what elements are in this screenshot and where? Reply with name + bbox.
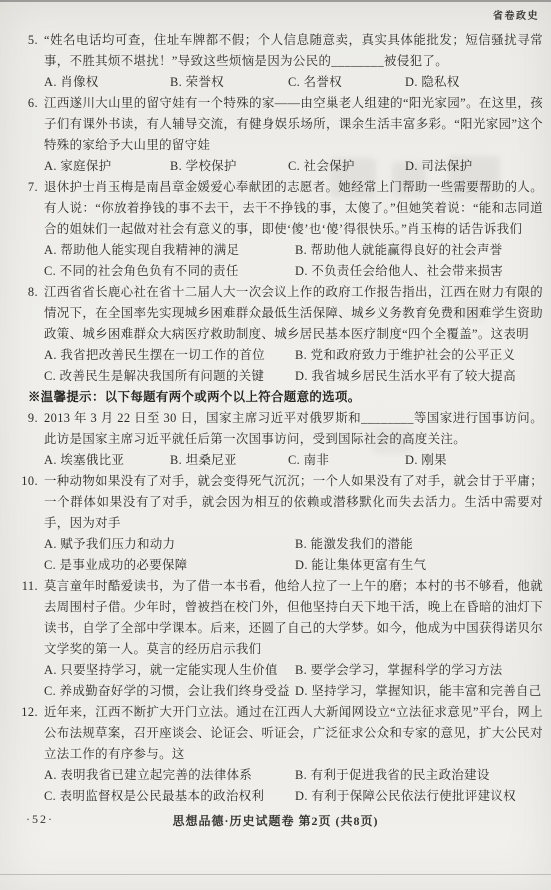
question-number: 10.: [0, 471, 38, 492]
option-11-A: A. 只要坚持学习，就一定能实现人生价值: [44, 660, 295, 681]
question-stem: “姓名电话均可查，住址车牌都不假；个人信息随意卖，真实具体能批发；短信骚扰寻常事…: [44, 30, 543, 72]
question-number: 8.: [0, 282, 38, 303]
question-options: A. 埃塞俄比亚B. 坦桑尼亚C. 南非D. 刚果: [44, 450, 543, 471]
question-11: 11.莫言童年时酷爱读书，为了借一本书看，他给人拉了一上午的磨；本村的书不够看，…: [0, 576, 551, 702]
option-9-B: B. 坦桑尼亚: [170, 450, 288, 471]
option-8-C: C. 改善民生是解决我国所有问题的关键: [44, 366, 295, 387]
option-10-A: A. 赋予我们压力和动力: [44, 534, 295, 555]
page-footer: ·52· 思想品德·历史试题卷 第2页 (共8页): [0, 812, 551, 829]
option-9-A: A. 埃塞俄比亚: [44, 450, 170, 471]
option-6-D: D. 司法保护: [405, 156, 543, 177]
scan-bottom-edge: [0, 874, 551, 875]
footer-page-number: ·52·: [26, 812, 54, 827]
question-number: 12.: [0, 702, 38, 723]
option-7-C: C. 不同的社会角色负有不同的责任: [44, 261, 295, 282]
hint-notice: ※温馨提示：以下每题有两个或两个以上符合题意的选项。: [0, 387, 551, 408]
option-6-A: A. 家庭保护: [44, 156, 170, 177]
question-stem: 近年来，江西不断扩大开门立法。通过在江西人大新闻网设立“立法征求意见”平台，网上…: [44, 702, 543, 765]
question-5: 5.“姓名电话均可查，住址车牌都不假；个人信息随意卖，真实具体能批发；短信骚扰寻…: [0, 30, 551, 93]
footer-title: 思想品德·历史试题卷 第2页 (共8页): [0, 812, 551, 829]
option-11-C: C. 养成勤奋好学的习惯，会让我们终身受益: [44, 681, 295, 702]
option-5-D: D. 隐私权: [405, 72, 543, 93]
option-12-B: B. 有利于促进我省的民主政治建设: [295, 765, 543, 786]
option-8-D: D. 我省城乡居民生活水平有了较大提高: [295, 366, 543, 387]
option-12-D: D. 有利于保障公民依法行使批评建议权: [295, 786, 543, 807]
questions: 5.“姓名电话均可查，住址车牌都不假；个人信息随意卖，真实具体能批发；短信骚扰寻…: [0, 30, 551, 807]
option-6-B: B. 学校保护: [170, 156, 288, 177]
option-7-D: D. 不负责任会给他人、社会带来损害: [295, 261, 543, 282]
option-8-A: A. 我省把改善民生摆在一切工作的首位: [44, 345, 295, 366]
question-number: 6.: [0, 93, 38, 114]
question-stem: 2013 年 3 月 22 日至 30 日，国家主席习近平对俄罗斯和______…: [44, 408, 543, 450]
option-5-B: B. 荣誉权: [170, 72, 288, 93]
question-stem: 江西遂川大山里的留守娃有一个特殊的家——由空巢老人组建的“阳光家园”。在这里，孩…: [44, 93, 543, 156]
option-10-B: B. 能激发我们的潜能: [295, 534, 543, 555]
option-5-A: A. 肖像权: [44, 72, 170, 93]
option-7-B: B. 帮助他人就能赢得良好的社会声誉: [295, 240, 543, 261]
option-9-D: D. 刚果: [405, 450, 543, 471]
scan-top-edge: [0, 0, 551, 2]
question-options: A. 我省把改善民生摆在一切工作的首位B. 党和政府致力于维护社会的公平正义C.…: [44, 345, 543, 387]
option-11-D: D. 坚持学习，掌握知识，能丰富和完善自己: [295, 681, 543, 702]
question-12: 12.近年来，江西不断扩大开门立法。通过在江西人大新闻网设立“立法征求意见”平台…: [0, 702, 551, 807]
option-11-B: B. 要学会学习，掌握科学的学习方法: [295, 660, 543, 681]
question-9: 9.2013 年 3 月 22 日至 30 日，国家主席习近平对俄罗斯和____…: [0, 408, 551, 471]
question-number: 11.: [0, 576, 38, 597]
question-options: A. 帮助他人能实现自我精神的满足B. 帮助他人就能赢得良好的社会声誉C. 不同…: [44, 240, 543, 282]
question-options: A. 表明我省已建立起完善的法律体系B. 有利于促进我省的民主政治建设C. 表明…: [44, 765, 543, 807]
question-6: 6.江西遂川大山里的留守娃有一个特殊的家——由空巢老人组建的“阳光家园”。在这里…: [0, 93, 551, 177]
question-number: 7.: [0, 177, 38, 198]
question-number: 9.: [0, 408, 38, 429]
option-6-C: C. 社会保护: [288, 156, 405, 177]
option-7-A: A. 帮助他人能实现自我精神的满足: [44, 240, 295, 261]
question-stem: 退休护士肖玉梅是南昌章金媛爱心奉献团的志愿者。她经常上门帮助一些需要帮助的人。有…: [44, 177, 543, 240]
corner-label: 省卷政史: [493, 7, 539, 22]
question-stem: 莫言童年时酷爱读书，为了借一本书看，他给人拉了一上午的磨；本村的书不够看，他就去…: [44, 576, 543, 660]
question-10: 10.一种动物如果没有了对手，就会变得死气沉沉；一个人如果没有了对手，就会甘于平…: [0, 471, 551, 576]
option-10-D: D. 能让集体更富有生气: [295, 555, 543, 576]
question-7: 7.退休护士肖玉梅是南昌章金媛爱心奉献团的志愿者。她经常上门帮助一些需要帮助的人…: [0, 177, 551, 282]
question-8: 8.江西省省长鹿心社在省十二届人大一次会议上作的政府工作报告指出，江西在财力有限…: [0, 282, 551, 387]
question-options: A. 肖像权B. 荣誉权C. 名誉权D. 隐私权: [44, 72, 543, 93]
question-number: 5.: [0, 30, 38, 51]
option-10-C: C. 是事业成功的必要保障: [44, 555, 295, 576]
question-options: A. 只要坚持学习，就一定能实现人生价值B. 要学会学习，掌握科学的学习方法C.…: [44, 660, 543, 702]
option-8-B: B. 党和政府致力于维护社会的公平正义: [295, 345, 543, 366]
question-stem: 江西省省长鹿心社在省十二届人大一次会议上作的政府工作报告指出，江西在财力有限的情…: [44, 282, 543, 345]
option-9-C: C. 南非: [288, 450, 405, 471]
option-5-C: C. 名誉权: [288, 72, 405, 93]
option-12-A: A. 表明我省已建立起完善的法律体系: [44, 765, 295, 786]
question-options: A. 赋予我们压力和动力B. 能激发我们的潜能C. 是事业成功的必要保障D. 能…: [44, 534, 543, 576]
question-options: A. 家庭保护B. 学校保护C. 社会保护D. 司法保护: [44, 156, 543, 177]
question-stem: 一种动物如果没有了对手，就会变得死气沉沉；一个人如果没有了对手，就会甘于平庸；一…: [44, 471, 543, 534]
option-12-C: C. 表明监督权是公民最基本的政治权利: [44, 786, 295, 807]
